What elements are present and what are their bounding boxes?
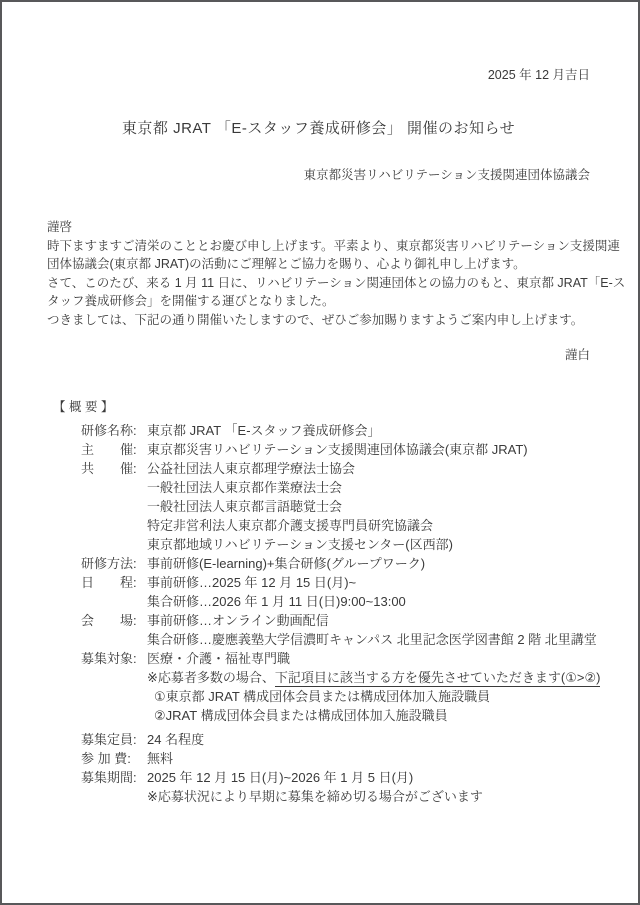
overview-row: 東京都地域リハビリテーション支援センター(区西部)	[47, 535, 590, 554]
overview-row: ※応募状況により早期に募集を締め切る場合がございます	[47, 787, 590, 806]
overview-row-label: 募集期間:	[81, 768, 147, 787]
overview-row-value: 特定非営利法人東京都介護支援専門員研究協議会	[147, 518, 433, 533]
overview-row: ※応募者多数の場合、下記項目に該当する方を優先させていただきます(①>②)	[47, 668, 590, 687]
overview-row-label: 募集定員:	[81, 730, 147, 749]
overview-row-value: 事前研修(E-learning)+集合研修(グループワーク)	[147, 556, 425, 571]
overview-row: 一般社団法人東京都作業療法士会	[47, 478, 590, 497]
organization-line: 東京都災害リハビリテーション支援関連団体協議会	[47, 166, 590, 184]
overview-row-label: 参 加 費:	[81, 749, 147, 768]
overview-row-value: 24 名程度	[147, 732, 204, 747]
overview-row-value: 一般社団法人東京都言語聴覚士会	[147, 499, 342, 514]
overview-row: 集合研修…慶應義塾大学信濃町キャンパス 北里記念医学図書館 2 階 北里講堂	[47, 630, 590, 649]
overview-row: ②JRAT 構成団体会員または構成団体加入施設職員	[47, 706, 590, 725]
overview-row-value: 事前研修…オンライン動画配信	[147, 613, 329, 628]
overview-row-value: 集合研修…2026 年 1 月 11 日(日)9:00~13:00	[147, 594, 406, 609]
overview-row: 会 場:事前研修…オンライン動画配信	[47, 611, 590, 630]
overview-row-value: 事前研修…2025 年 12 月 15 日(月)~	[147, 575, 356, 590]
overview-row-label: 共 催:	[81, 459, 147, 478]
overview-row: 募集対象:医療・介護・福祉専門職	[47, 649, 590, 668]
overview-row-label: 主 催:	[81, 440, 147, 459]
body-line: つきましては、下記の通り開催いたしますので、ぜひご参加賜りますようご案内申し上げ…	[47, 311, 590, 330]
overview-row: 特定非営利法人東京都介護支援専門員研究協議会	[47, 516, 590, 535]
overview-row-value: ①東京都 JRAT 構成団体会員または構成団体加入施設職員	[154, 689, 490, 704]
overview-row-value: 2025 年 12 月 15 日(月)~2026 年 1 月 5 日(月)	[147, 770, 413, 785]
overview-row: 研修名称:東京都 JRAT 「E-スタッフ養成研修会」	[47, 421, 590, 440]
overview-row-value: ②JRAT 構成団体会員または構成団体加入施設職員	[154, 708, 448, 723]
salutation-close: 謹白	[47, 346, 590, 365]
overview-row-value: 集合研修…慶應義塾大学信濃町キャンパス 北里記念医学図書館 2 階 北里講堂	[147, 632, 597, 647]
body-paragraph: 時下ますますご清栄のこととお慶び申し上げます。平素より、東京都災害リハビリテーシ…	[47, 237, 590, 330]
overview-row-value: 東京都災害リハビリテーション支援関連団体協議会(東京都 JRAT)	[147, 442, 528, 457]
letter-body: 謹啓 時下ますますご清栄のこととお慶び申し上げます。平素より、東京都災害リハビリ…	[47, 218, 590, 364]
overview-row-value: 東京都地域リハビリテーション支援センター(区西部)	[147, 537, 453, 552]
body-line: 団体協議会(東京都 JRAT)の活動にご理解とご協力を賜り、心より御礼申し上げま…	[47, 255, 590, 274]
overview-row: 参 加 費:無料	[47, 749, 590, 768]
overview-row: 主 催:東京都災害リハビリテーション支援関連団体協議会(東京都 JRAT)	[47, 440, 590, 459]
overview-row-label: 募集対象:	[81, 649, 147, 668]
overview-row: 募集期間:2025 年 12 月 15 日(月)~2026 年 1 月 5 日(…	[47, 768, 590, 787]
overview-row: 一般社団法人東京都言語聴覚士会	[47, 497, 590, 516]
overview-row: 日 程:事前研修…2025 年 12 月 15 日(月)~	[47, 573, 590, 592]
overview-row-label: 研修名称:	[81, 421, 147, 440]
overview-row: 研修方法:事前研修(E-learning)+集合研修(グループワーク)	[47, 554, 590, 573]
overview-list: 研修名称:東京都 JRAT 「E-スタッフ養成研修会」主 催:東京都災害リハビリ…	[47, 421, 590, 806]
overview-row-label: 会 場:	[81, 611, 147, 630]
overview-row-value: 東京都 JRAT 「E-スタッフ養成研修会」	[147, 423, 381, 438]
body-line: さて、このたび、来る 1 月 11 日に、リハビリテーション関連団体との協力のも…	[47, 274, 590, 293]
page-title: 東京都 JRAT 「E-スタッフ養成研修会」 開催のお知らせ	[47, 118, 590, 140]
overview-row: 共 催:公益社団法人東京都理学療法士協会	[47, 459, 590, 478]
date-line: 2025 年 12 月吉日	[47, 66, 590, 84]
body-line: タッフ養成研修会」を開催する運びとなりました。	[47, 292, 590, 311]
overview-row-value-underlined: 下記項目に該当する方を優先させていただきます(①>②)	[275, 670, 601, 687]
overview-row-value: 無料	[147, 751, 173, 766]
overview-row-value: ※応募者多数の場合、	[147, 670, 275, 685]
overview-row: 募集定員:24 名程度	[47, 730, 590, 749]
overview-row: 集合研修…2026 年 1 月 11 日(日)9:00~13:00	[47, 592, 590, 611]
overview-row-label: 研修方法:	[81, 554, 147, 573]
overview-row: ①東京都 JRAT 構成団体会員または構成団体加入施設職員	[47, 687, 590, 706]
overview-section-header: 【 概 要 】	[47, 398, 590, 417]
overview-row-value: 公益社団法人東京都理学療法士協会	[147, 461, 355, 476]
overview-row-value: 一般社団法人東京都作業療法士会	[147, 480, 342, 495]
overview-row-value: 医療・介護・福祉専門職	[147, 651, 290, 666]
overview-row-label: 日 程:	[81, 573, 147, 592]
document-page: 2025 年 12 月吉日 東京都 JRAT 「E-スタッフ養成研修会」 開催の…	[0, 0, 640, 905]
body-line: 時下ますますご清栄のこととお慶び申し上げます。平素より、東京都災害リハビリテーシ…	[47, 237, 590, 256]
salutation-open: 謹啓	[47, 218, 590, 237]
overview-row-value: ※応募状況により早期に募集を締め切る場合がございます	[147, 789, 483, 804]
